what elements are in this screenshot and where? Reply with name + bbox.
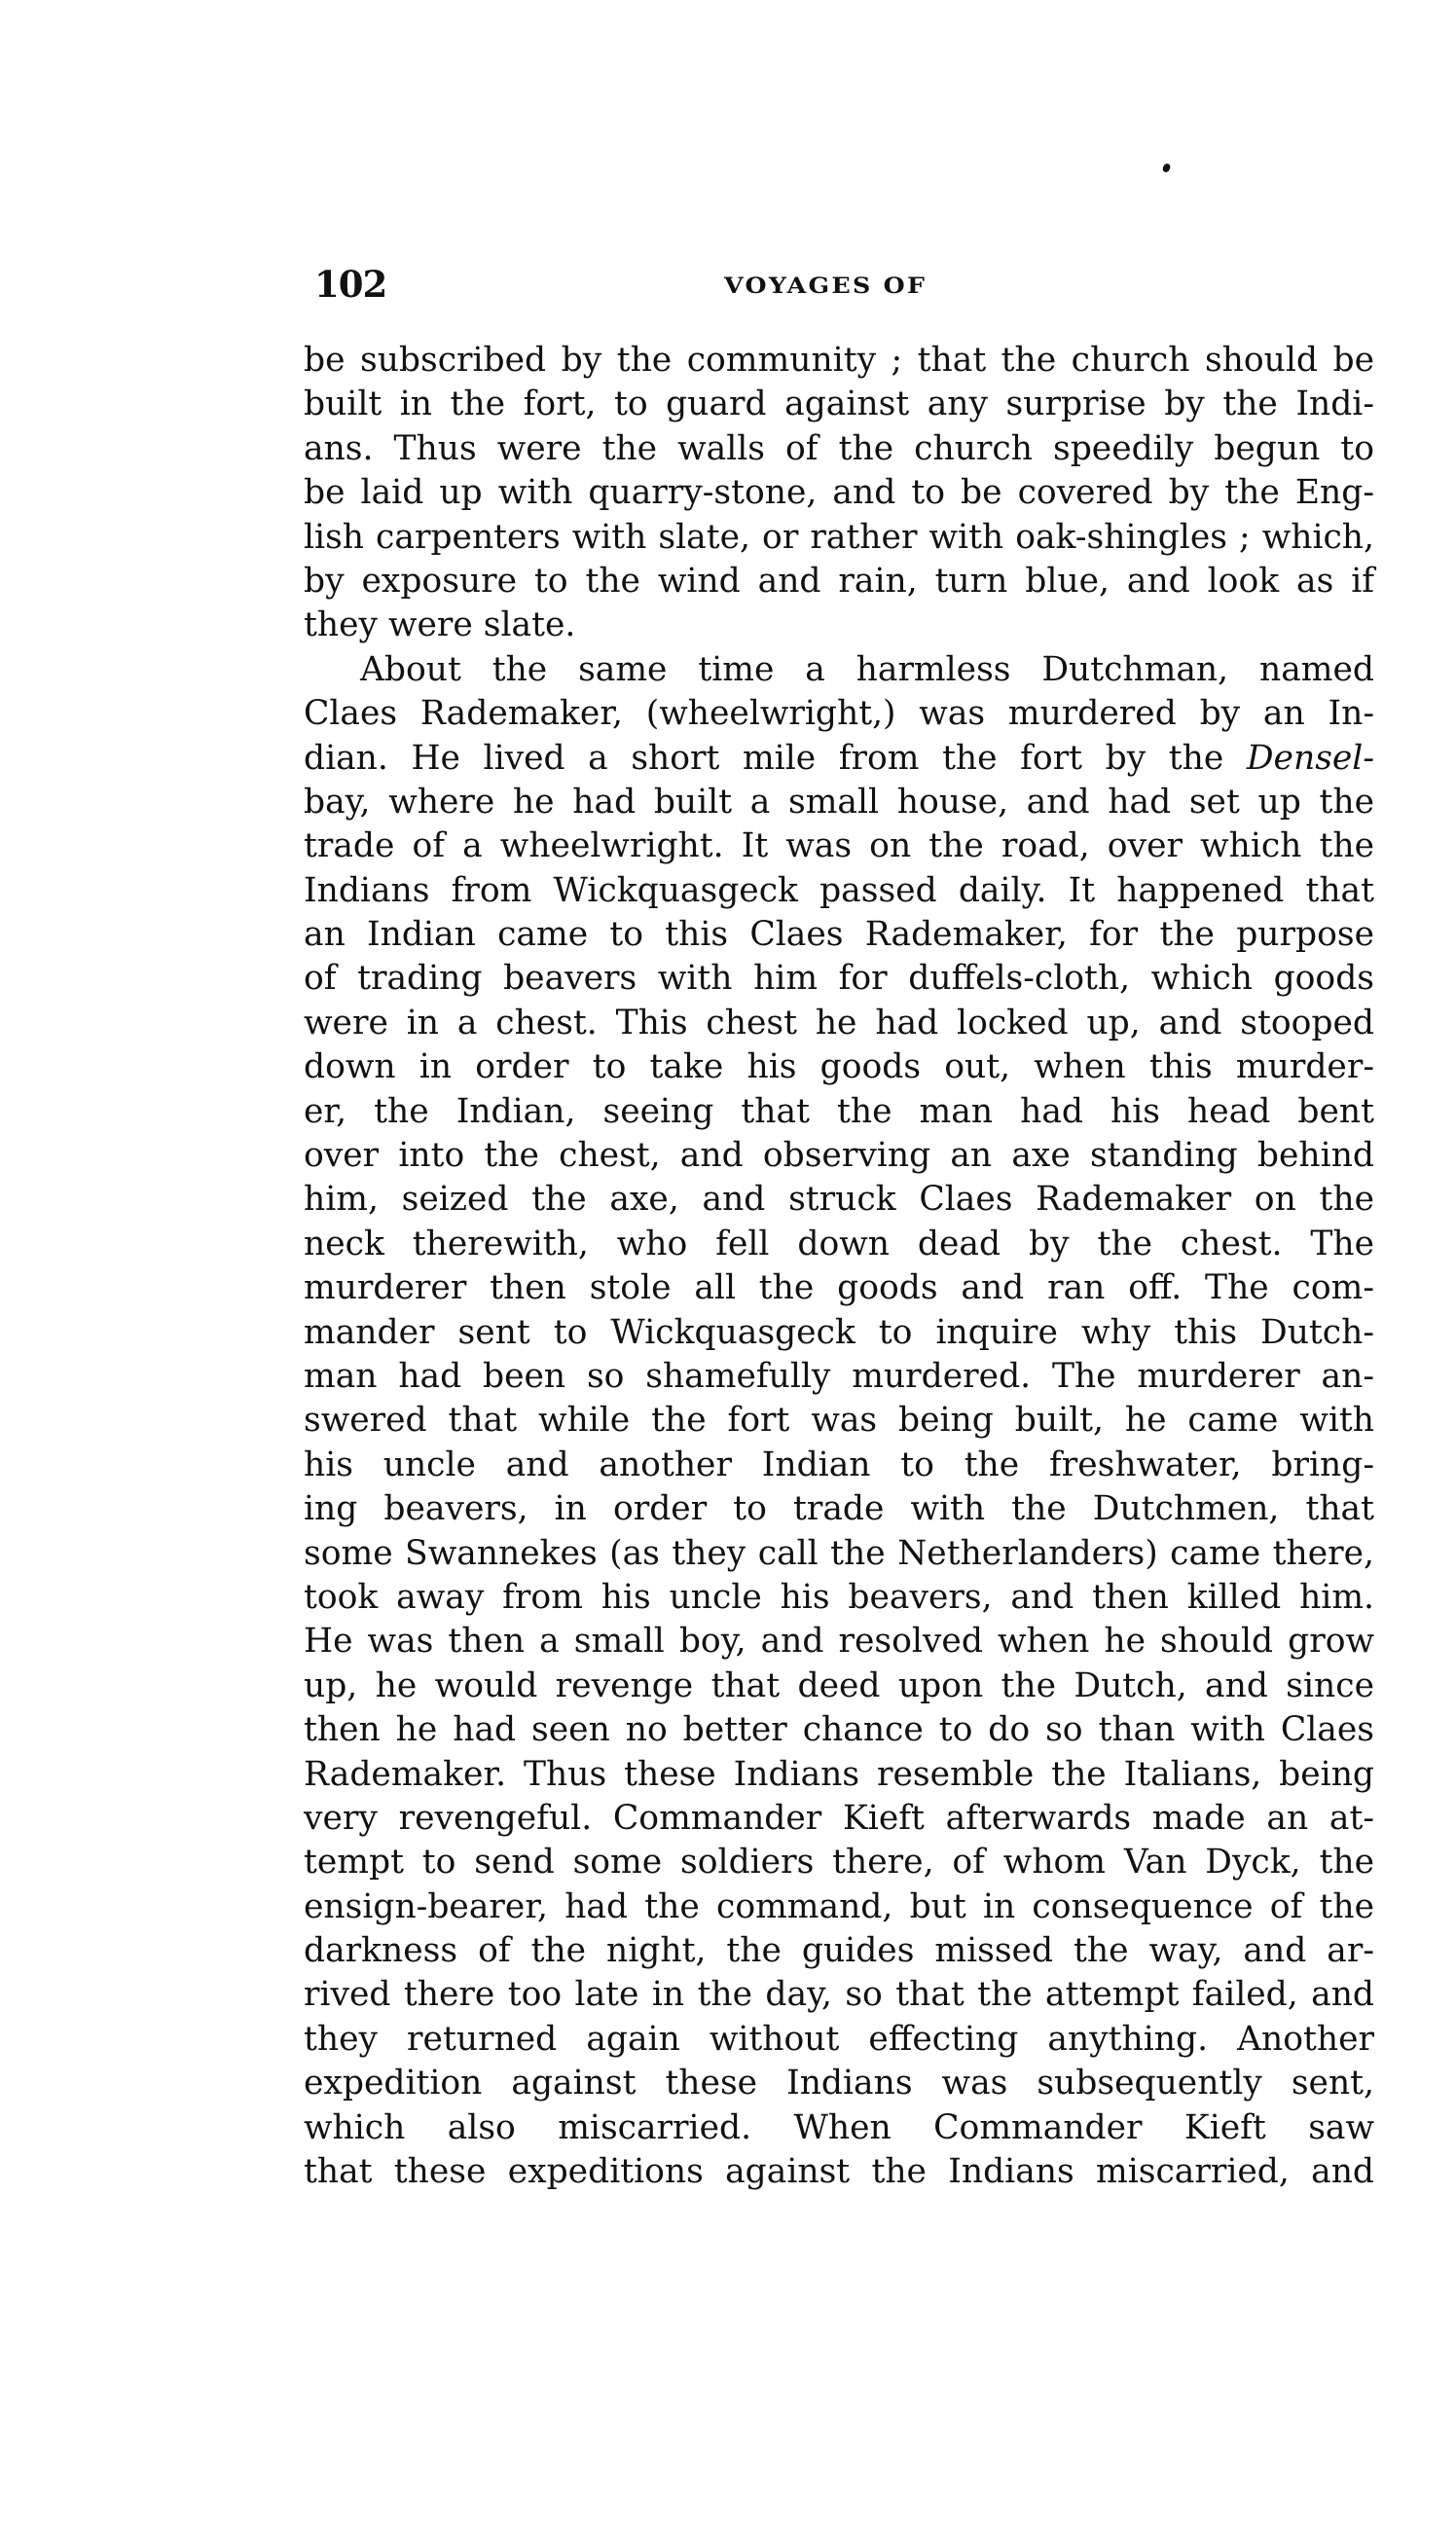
text-line: bay, where he had built a small house, a… (304, 781, 1374, 824)
text-line: darkness of the night, the guides missed… (304, 1929, 1374, 1973)
text-line: man had been so shamefully murdered. The… (304, 1355, 1374, 1399)
text-line: over into the chest, and observing an ax… (304, 1134, 1374, 1178)
text-line: him, seized the axe, and struck Claes Ra… (304, 1178, 1374, 1222)
text-line: which also miscarried. When Commander Ki… (304, 2106, 1374, 2150)
text-line: murderer then stole all the goods and ra… (304, 1266, 1374, 1310)
text-line: his uncle and another Indian to the fres… (304, 1444, 1374, 1487)
text-line: Claes Rademaker, (wheelwright,) was murd… (304, 692, 1374, 736)
text-line: of trading beavers with him for duffels-… (304, 957, 1374, 1001)
page-number: 102 (314, 263, 386, 306)
text-fragment: dian. He lived a short mile from the for… (304, 739, 1223, 778)
running-head: 102 VOYAGES OF (304, 263, 1374, 306)
text-line: be laid up with quarry-stone, and to be … (304, 471, 1374, 515)
text-line: built in the fort, to guard against any … (304, 383, 1374, 426)
text-line: be subscribed by the community ; that th… (304, 339, 1374, 383)
text-line: ensign-bearer, had the command, but in c… (304, 1885, 1374, 1929)
text-line: ing beavers, in order to trade with the … (304, 1487, 1374, 1531)
text-line: by exposure to the wind and rain, turn b… (304, 560, 1374, 603)
running-title: VOYAGES OF (724, 267, 927, 306)
paragraph-1: be subscribed by the community ; that th… (304, 339, 1374, 648)
text-line: About the same time a harmless Dutchman,… (304, 648, 1374, 692)
italic-place-name: Densel- (1247, 739, 1374, 778)
text-line: ans. Thus were the walls of the church s… (304, 427, 1374, 471)
text-line: very revengeful. Commander Kieft afterwa… (304, 1797, 1374, 1841)
body-text: be subscribed by the community ; that th… (304, 339, 1374, 2194)
text-line: an Indian came to this Claes Rademaker, … (304, 913, 1374, 957)
text-line: swered that while the fort was being bui… (304, 1399, 1374, 1443)
text-line: lish carpenters with slate, or rather wi… (304, 516, 1374, 560)
text-line: up, he would revenge that deed upon the … (304, 1664, 1374, 1708)
text-line: Indians from Wickquasgeck passed daily. … (304, 869, 1374, 913)
text-line: er, the Indian, seeing that the man had … (304, 1090, 1374, 1134)
text-line: that these expeditions against the India… (304, 2150, 1374, 2194)
text-line: trade of a wheelwright. It was on the ro… (304, 824, 1374, 868)
text-line: they were slate. (304, 603, 1374, 647)
text-line-with-italic: dian. He lived a short mile from the for… (304, 737, 1374, 781)
text-line: some Swannekes (as they call the Netherl… (304, 1532, 1374, 1576)
text-line: mander sent to Wickquasgeck to inquire w… (304, 1311, 1374, 1355)
text-line: they returned again without effecting an… (304, 2018, 1374, 2062)
text-line: took away from his uncle his beavers, an… (304, 1576, 1374, 1620)
text-line: He was then a small boy, and resolved wh… (304, 1620, 1374, 1664)
text-line: were in a chest. This chest he had locke… (304, 1002, 1374, 1045)
text-line: tempt to send some soldiers there, of wh… (304, 1841, 1374, 1884)
text-line: expedition against these Indians was sub… (304, 2062, 1374, 2105)
paragraph-2: About the same time a harmless Dutchman,… (304, 648, 1374, 2195)
ink-speck (1162, 163, 1172, 173)
text-line: Rademaker. Thus these Indians resemble t… (304, 1753, 1374, 1797)
text-line: then he had seen no better chance to do … (304, 1708, 1374, 1752)
text-line: down in order to take his goods out, whe… (304, 1045, 1374, 1089)
text-line: rived there too late in the day, so that… (304, 1973, 1374, 2017)
text-line: neck therewith, who fell down dead by th… (304, 1223, 1374, 1266)
